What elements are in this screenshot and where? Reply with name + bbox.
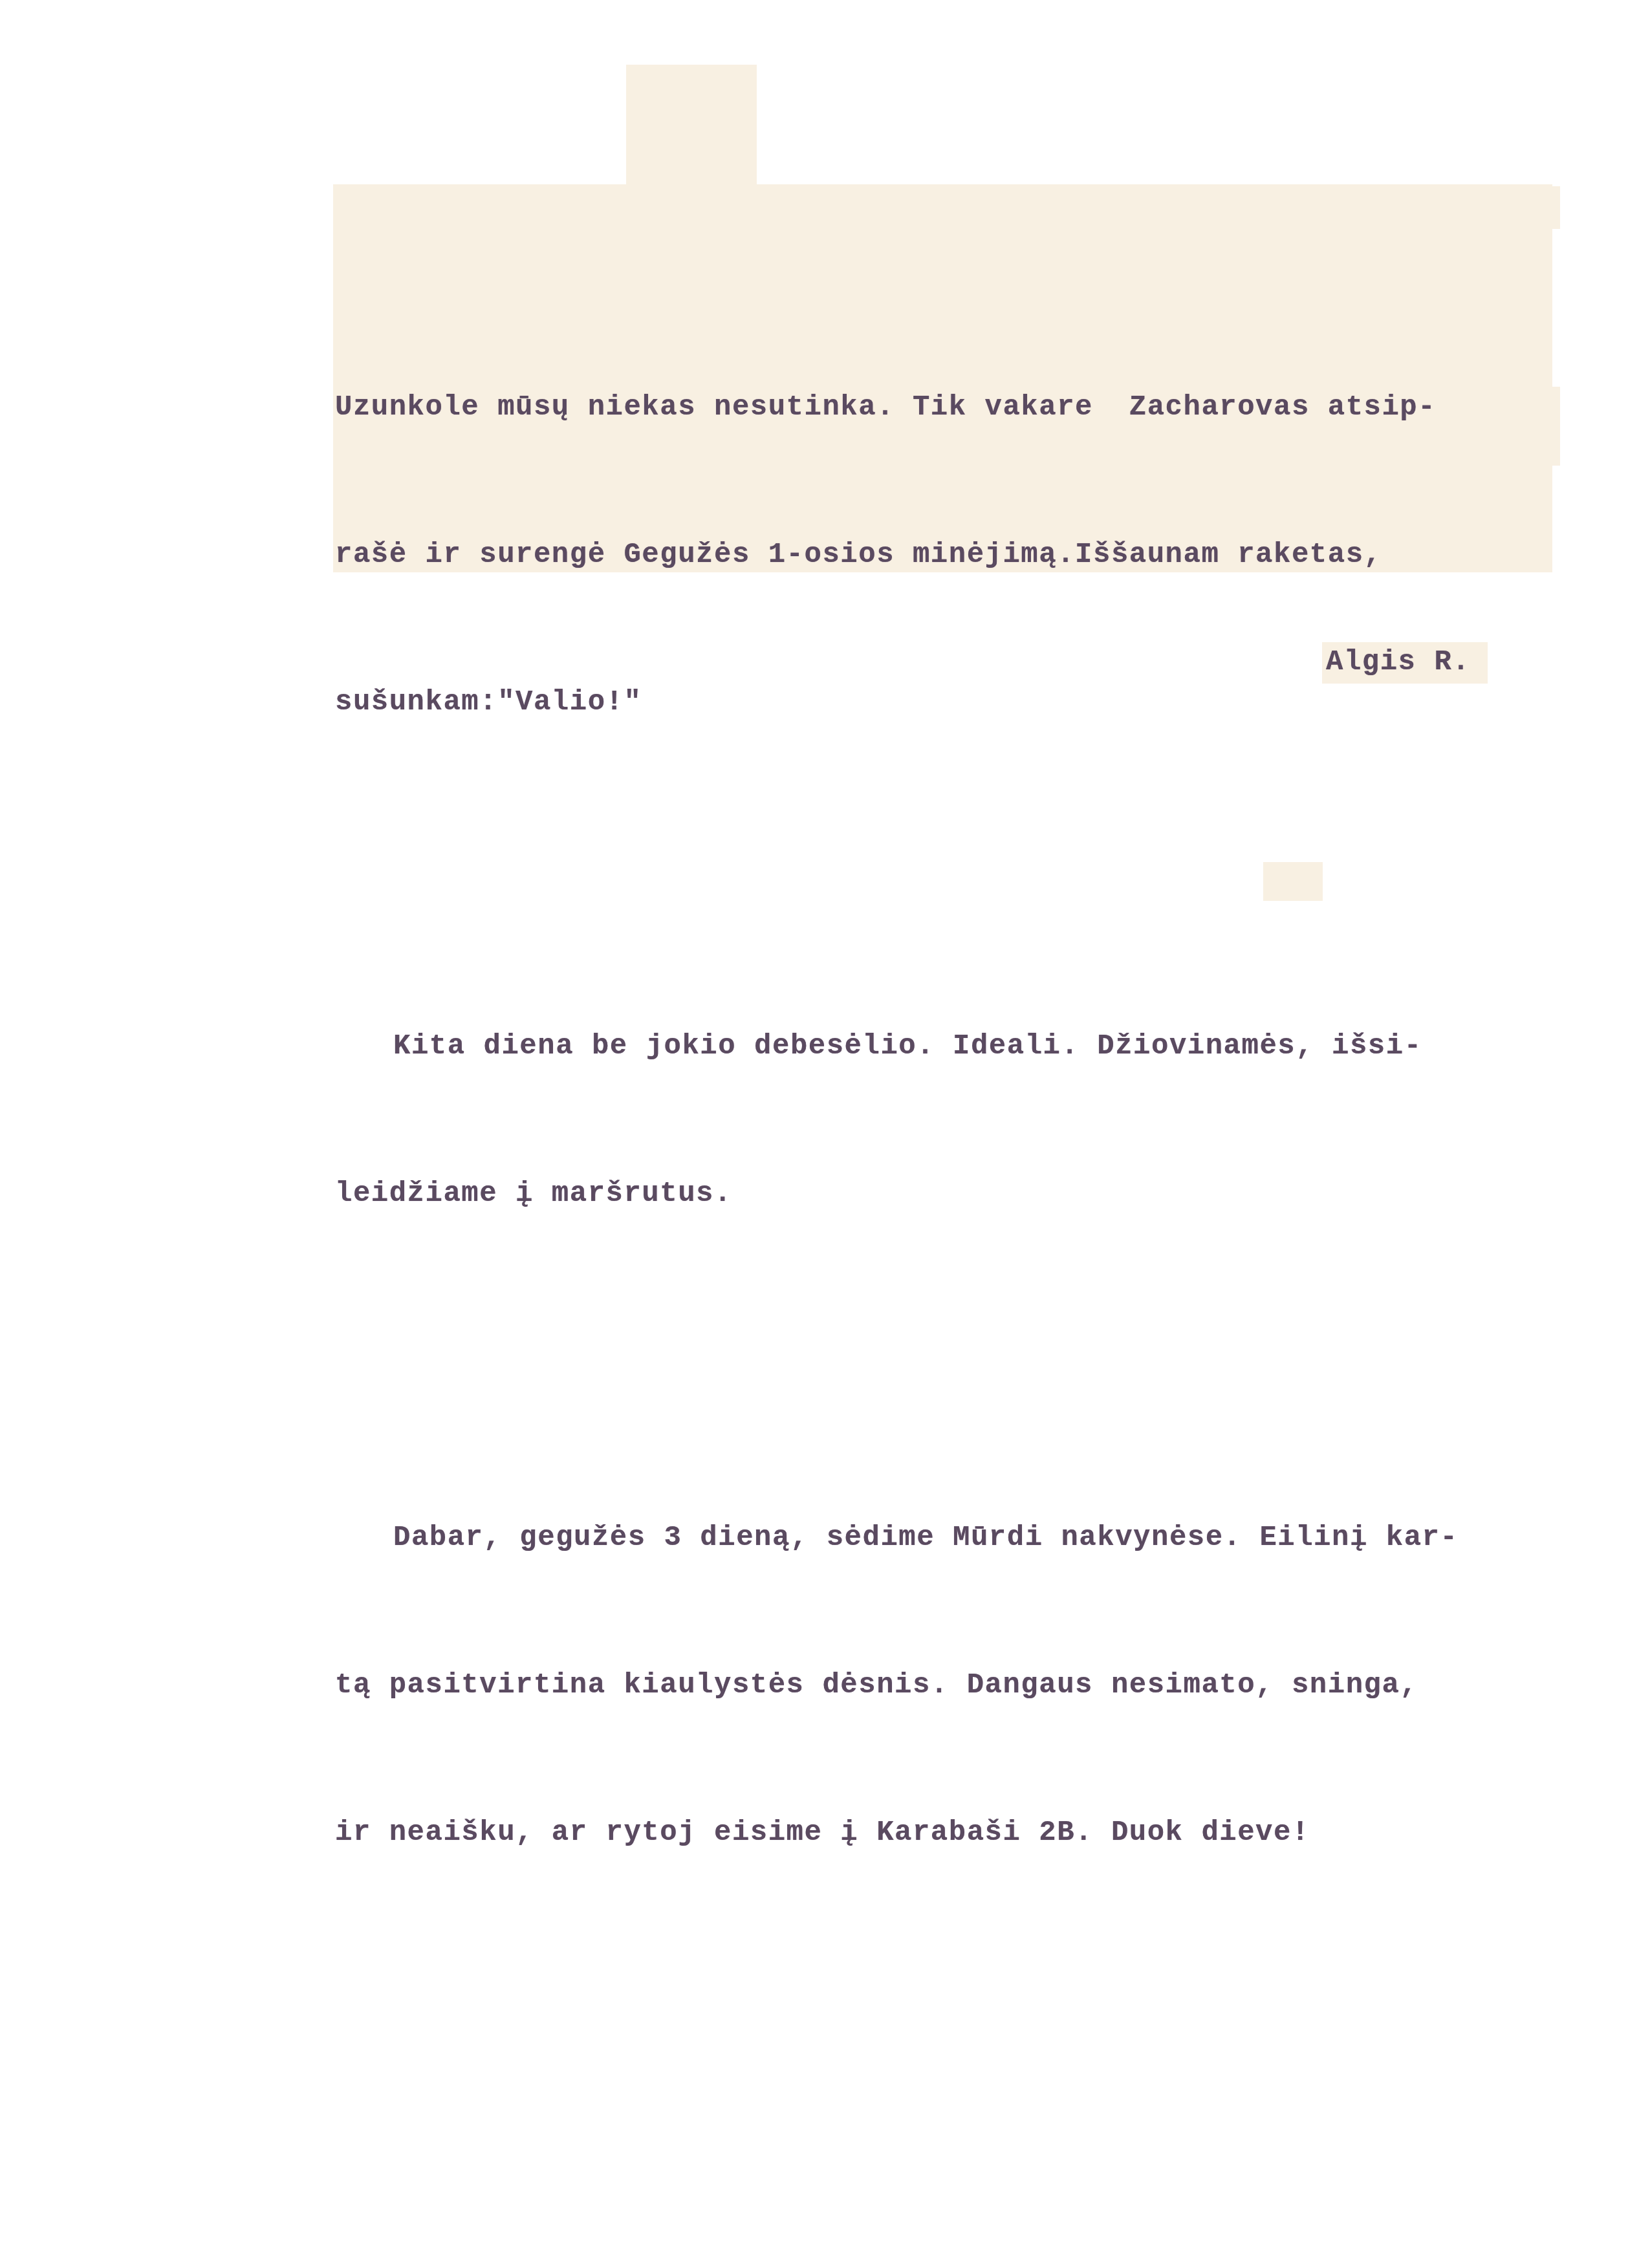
text-line: tą pasitvirtina kiaulystės dėsnis. Danga… [335,1661,1458,1710]
paper-patch-right-2 [1539,387,1560,466]
text-line: Uzunkole mūsų niekas nesutinka. Tik vaka… [335,383,1458,432]
text-line: leidžiame į maršrutus. [335,1169,1458,1218]
text-line: ir neaišku, ar rytoj eisime į Karabaši 2… [335,1808,1458,1857]
paper-patch-right-1 [1539,186,1560,229]
text-line: rašė ir surengė Gegužės 1-osios minėjimą… [335,530,1458,579]
paragraph-1: Uzunkole mūsų niekas nesutinka. Tik vaka… [335,285,1458,825]
paragraph-3: Dabar, gegužės 3 dieną, sėdime Mūrdi nak… [335,1415,1458,1956]
signature: Algis R. [1326,638,1470,687]
paragraph-2: Kita diena be jokio debesėlio. Ideali. D… [335,923,1458,1317]
text-line: sušunkam:"Valio!" [335,678,1458,727]
text-line: Dabar, gegužės 3 dieną, sėdime Mūrdi nak… [335,1513,1458,1562]
letter-body: Uzunkole mūsų niekas nesutinka. Tik vaka… [335,186,1458,2005]
text-line: Kita diena be jokio debesėlio. Ideali. D… [335,1022,1458,1071]
paper-patch-top [626,65,757,194]
